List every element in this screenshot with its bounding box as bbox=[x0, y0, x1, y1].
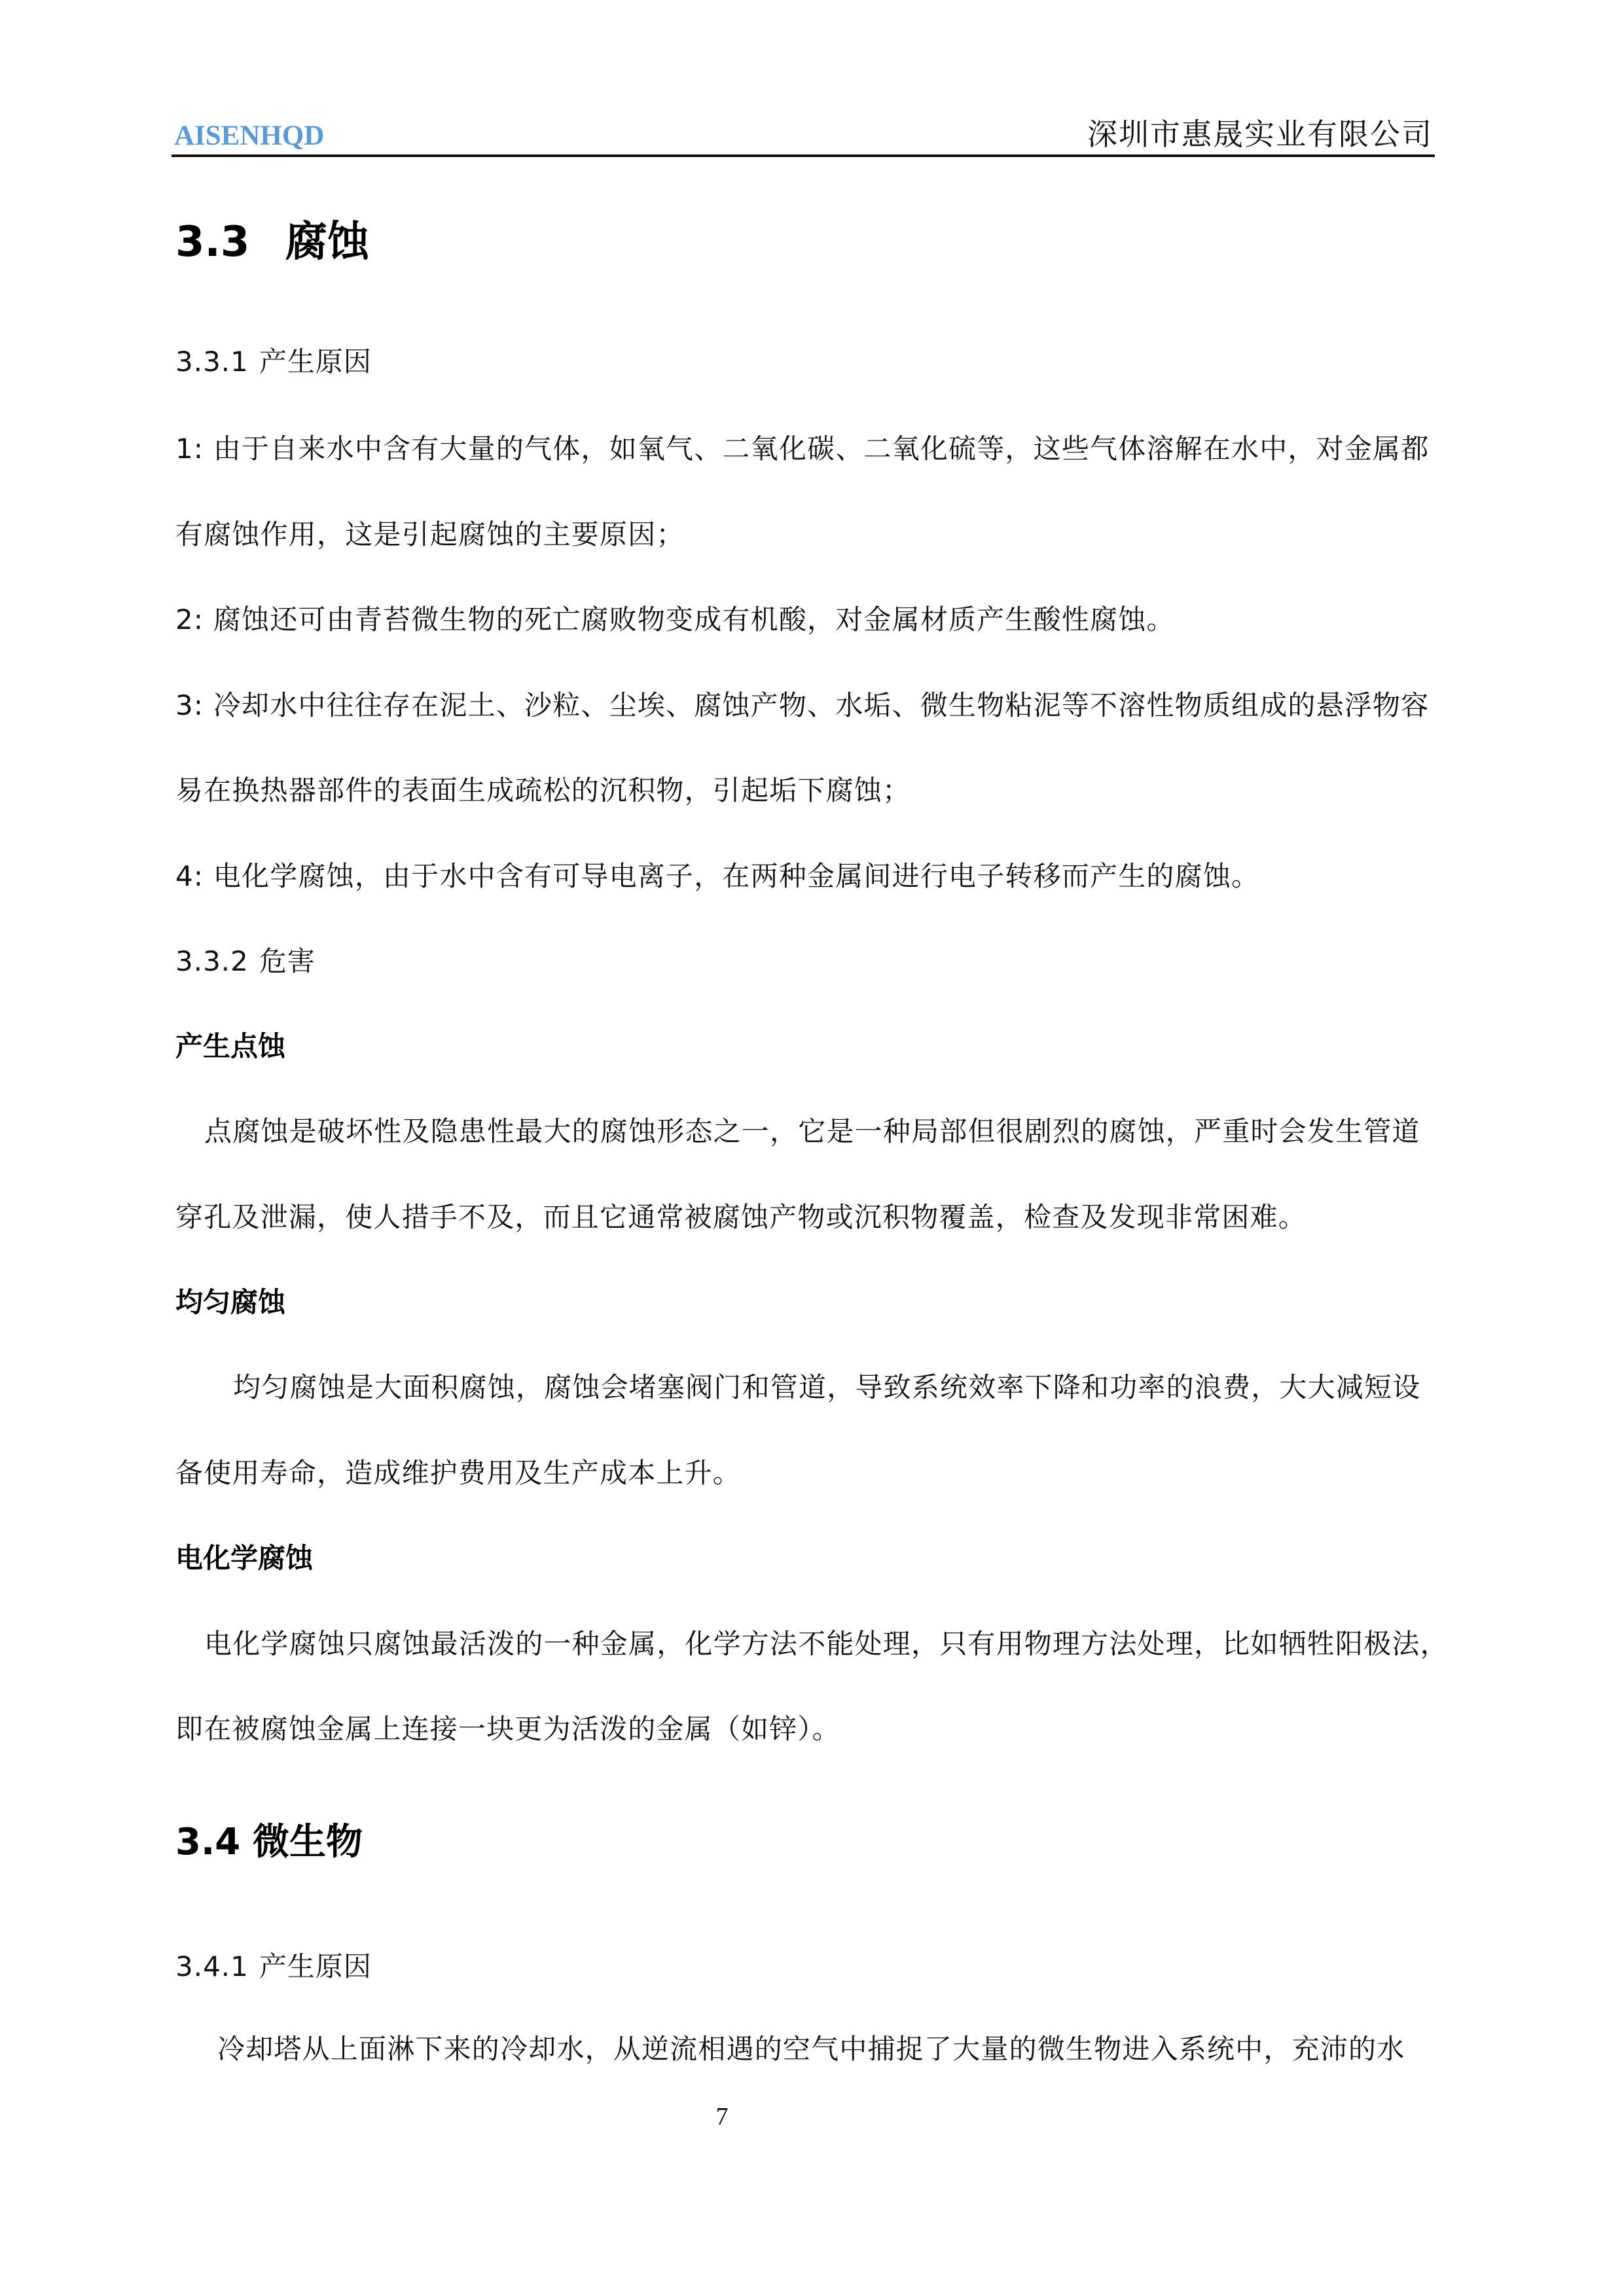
subsection-number: 3.3.1 bbox=[175, 346, 249, 378]
body-line: 有腐蚀作用，这是引起腐蚀的主要原因； bbox=[175, 518, 1449, 551]
topic-heading-pitting: 产生点蚀 bbox=[175, 1030, 285, 1063]
section-title: 腐蚀 bbox=[285, 218, 369, 266]
subsection-heading-3-3-1: 3.3.1产生原因 bbox=[175, 346, 372, 378]
subsection-title: 产生原因 bbox=[259, 1950, 372, 1982]
subsection-title: 危害 bbox=[259, 945, 316, 977]
subsection-number: 3.3.2 bbox=[175, 945, 249, 977]
section-heading-3-4: 3.4微生物 bbox=[175, 1820, 363, 1865]
topic-heading-uniform: 均匀腐蚀 bbox=[175, 1286, 285, 1319]
header-brand: AISENHQD bbox=[174, 120, 324, 152]
body-line: 备使用寿命，造成维护费用及生产成本上升。 bbox=[175, 1457, 1449, 1490]
body-line: 即在被腐蚀金属上连接一块更为活泼的金属（如锌）。 bbox=[175, 1713, 1449, 1746]
subsection-heading-3-4-1: 3.4.1产生原因 bbox=[175, 1950, 372, 1983]
document-page: AISENHQD 深圳市惠晟实业有限公司 3.3腐蚀 3.3.1产生原因 1: … bbox=[0, 0, 1624, 2296]
body-line: 冷却塔从上面淋下来的冷却水，从逆流相遇的空气中捕捉了大量的微生物进入系统中，充沛… bbox=[217, 2033, 1448, 2066]
section-heading-3-3: 3.3腐蚀 bbox=[175, 216, 369, 268]
body-line: 电化学腐蚀只腐蚀最活泼的一种金属，化学方法不能处理，只有用物理方法处理，比如牺牲… bbox=[204, 1628, 1448, 1660]
section-number: 3.3 bbox=[175, 216, 285, 268]
page-number: 7 bbox=[712, 2102, 732, 2131]
topic-heading-electrochemical: 电化学腐蚀 bbox=[175, 1542, 313, 1575]
subsection-heading-3-3-2: 3.3.2危害 bbox=[175, 945, 316, 978]
body-line: 穿孔及泄漏，使人措手不及，而且它通常被腐蚀产物或沉积物覆盖，检查及发现非常困难。 bbox=[175, 1201, 1449, 1234]
body-line: 1: 由于自来水中含有大量的气体，如氧气、二氧化碳、二氧化硫等，这些气体溶解在水… bbox=[175, 433, 1449, 465]
body-line: 4: 电化学腐蚀，由于水中含有可导电离子，在两种金属间进行电子转移而产生的腐蚀。 bbox=[175, 860, 1449, 893]
section-title: 微生物 bbox=[253, 1821, 363, 1863]
section-number: 3.4 bbox=[175, 1820, 253, 1865]
body-line: 易在换热器部件的表面生成疏松的沉积物，引起垢下腐蚀； bbox=[175, 774, 1449, 807]
subsection-number: 3.4.1 bbox=[175, 1950, 249, 1982]
body-line: 点腐蚀是破坏性及隐患性最大的腐蚀形态之一，它是一种局部但很剧烈的腐蚀，严重时会发… bbox=[204, 1115, 1448, 1148]
header-company-name: 深圳市惠晟实业有限公司 bbox=[1087, 118, 1433, 152]
subsection-title: 产生原因 bbox=[259, 346, 372, 378]
body-line: 2: 腐蚀还可由青苔微生物的死亡腐败物变成有机酸，对金属材质产生酸性腐蚀。 bbox=[175, 603, 1449, 636]
body-line: 均匀腐蚀是大面积腐蚀，腐蚀会堵塞阀门和管道，导致系统效率下降和功率的浪费，大大减… bbox=[233, 1371, 1448, 1404]
body-line: 3: 冷却水中往往存在泥土、沙粒、尘埃、腐蚀产物、水垢、微生物粘泥等不溶性物质组… bbox=[175, 689, 1449, 722]
header-divider bbox=[171, 154, 1435, 157]
